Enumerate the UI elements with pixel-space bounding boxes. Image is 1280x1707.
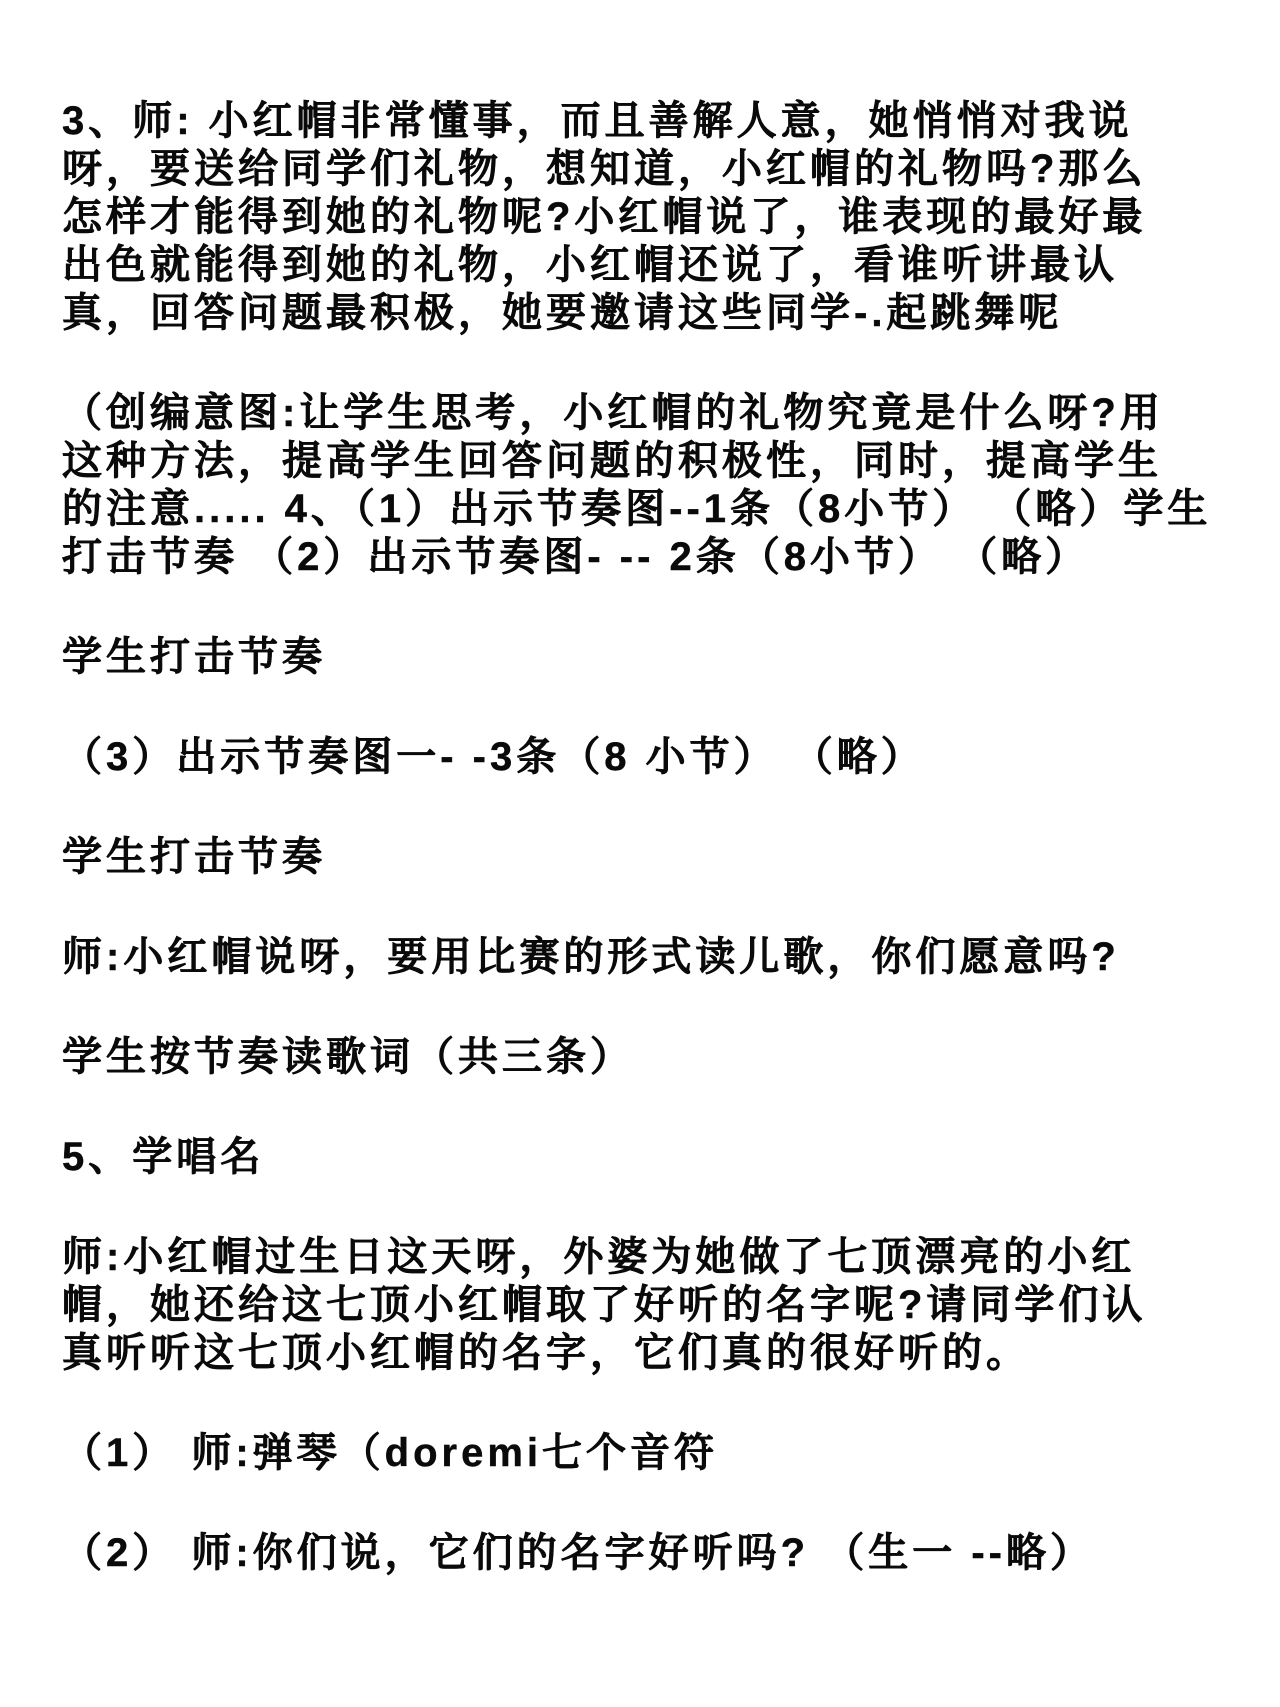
paragraph-students-read-lyrics: 学生按节奏读歌词（共三条）: [62, 1033, 1222, 1081]
text-line: 帽，她还给这七顶小红帽取了好听的名字呢?请同学们认: [62, 1281, 1222, 1329]
text-line: 学生打击节奏: [62, 833, 1222, 881]
paragraph-teacher-birthday-story: 师:小红帽过生日这天呀，外婆为她做了七顶漂亮的小红 帽，她还给这七顶小红帽取了好…: [62, 1233, 1222, 1377]
text-line: 3、师: 小红帽非常懂事，而且善解人意，她悄悄对我说: [62, 97, 1222, 145]
text-line: 学生打击节奏: [62, 633, 1222, 681]
text-line: 师:小红帽说呀，要用比赛的形式读儿歌，你们愿意吗?: [62, 933, 1222, 981]
document-page: 3、师: 小红帽非常懂事，而且善解人意，她悄悄对我说 呀，要送给同学们礼物，想知…: [0, 0, 1280, 1707]
paragraph-design-intent: （创编意图:让学生思考，小红帽的礼物究竟是什么呀?用 这种方法，提高学生回答问题…: [62, 389, 1222, 581]
text-line: （1） 师:弹琴（doremi七个音符: [62, 1429, 1222, 1477]
text-line: 真，回答问题最积极，她要邀请这些同学-.起跳舞呢: [62, 289, 1222, 337]
text-line: 师:小红帽过生日这天呀，外婆为她做了七顶漂亮的小红: [62, 1233, 1222, 1281]
text-line: 呀，要送给同学们礼物，想知道，小红帽的礼物吗?那么: [62, 145, 1222, 193]
text-line: 这种方法，提高学生回答问题的积极性，同时，提高学生: [62, 437, 1222, 485]
paragraph-rhythm-chart-3: （3）出示节奏图一- -3条（8 小节） （略）: [62, 733, 1222, 781]
paragraph-teacher-piano-doremi: （1） 师:弹琴（doremi七个音符: [62, 1429, 1222, 1477]
paragraph-teacher-names-question: （2） 师:你们说，它们的名字好听吗? （生一 --略）: [62, 1529, 1222, 1577]
text-line: 学生按节奏读歌词（共三条）: [62, 1033, 1222, 1081]
text-line: 怎样才能得到她的礼物呢?小红帽说了，谁表现的最好最: [62, 193, 1222, 241]
paragraph-students-clap-rhythm-2: 学生打击节奏: [62, 833, 1222, 881]
paragraph-students-clap-rhythm-1: 学生打击节奏: [62, 633, 1222, 681]
text-line: （3）出示节奏图一- -3条（8 小节） （略）: [62, 733, 1222, 781]
text-line: 打击节奏 （2）出示节奏图- -- 2条（8小节） （略）: [62, 533, 1222, 581]
text-line: 出色就能得到她的礼物，小红帽还说了，看谁听讲最认: [62, 241, 1222, 289]
text-line: 真听听这七顶小红帽的名字，它们真的很好听的。: [62, 1329, 1222, 1377]
paragraph-teacher-contest: 师:小红帽说呀，要用比赛的形式读儿歌，你们愿意吗?: [62, 933, 1222, 981]
text-line: 5、学唱名: [62, 1133, 1222, 1181]
paragraph-section-5-heading: 5、学唱名: [62, 1133, 1222, 1181]
text-line: （创编意图:让学生思考，小红帽的礼物究竟是什么呀?用: [62, 389, 1222, 437]
text-line: 的注意..... 4、（1）出示节奏图--1条（8小节） （略）学生: [62, 485, 1222, 533]
text-line: （2） 师:你们说，它们的名字好听吗? （生一 --略）: [62, 1529, 1222, 1577]
paragraph-teacher-speech-3: 3、师: 小红帽非常懂事，而且善解人意，她悄悄对我说 呀，要送给同学们礼物，想知…: [62, 97, 1222, 337]
